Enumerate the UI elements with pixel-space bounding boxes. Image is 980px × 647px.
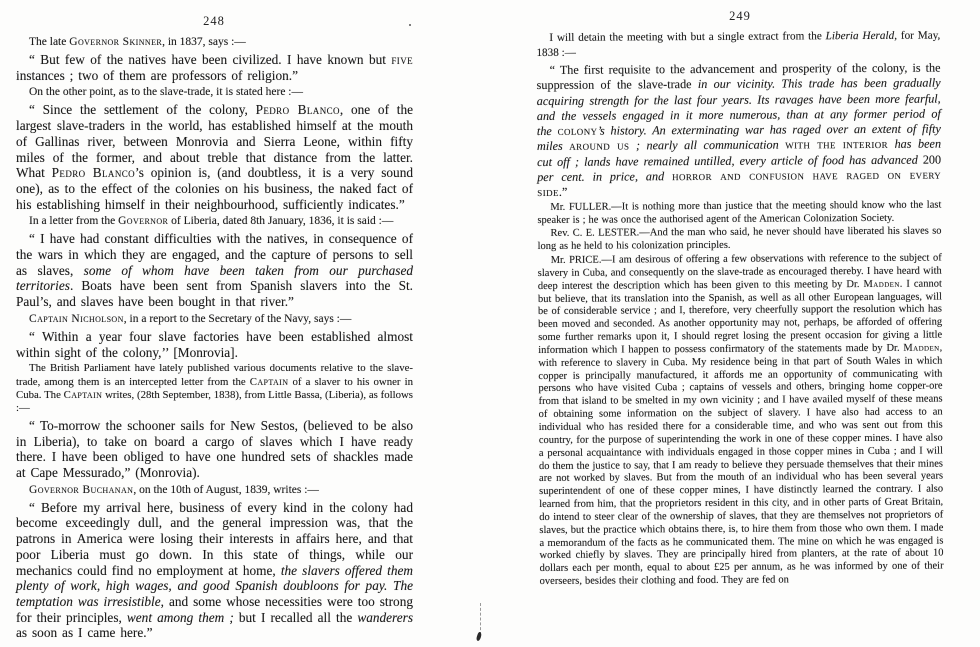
page-248: 248 The late Governor Skinner, in 1837, … xyxy=(0,0,478,647)
scan-speck xyxy=(409,24,411,26)
paragraph: “ But few of the natives have been civil… xyxy=(16,52,413,83)
paragraph: Mr. PRICE.—I am desirous of offering a f… xyxy=(538,253,944,589)
paragraph: “ Before my arrival here, business of ev… xyxy=(16,500,413,641)
paragraph: “ The first requisite to the advancement… xyxy=(536,61,941,201)
page-left-text-block: The late Governor Skinner, in 1837, says… xyxy=(16,33,413,641)
paragraph: Rev. C. E. LESTER.—And the man who said,… xyxy=(538,226,942,254)
book-spread: 248 The late Governor Skinner, in 1837, … xyxy=(0,0,980,647)
gutter-fold-mark xyxy=(480,603,482,635)
page-number-right: 249 xyxy=(538,9,942,24)
paragraph: The late Governor Skinner, in 1837, says… xyxy=(16,35,413,50)
paragraph: The British Parliament have lately publi… xyxy=(16,362,413,416)
page-249: 249 I will detain the meeting with but a… xyxy=(478,0,980,647)
paragraph: I will detain the meeting with but a sin… xyxy=(536,29,940,61)
paragraph: “ To-morrow the schooner sails for New S… xyxy=(16,418,413,481)
paragraph: In a letter from the Governor of Liberia… xyxy=(16,214,413,229)
paragraph: “ Since the settlement of the colony, Pe… xyxy=(16,102,413,212)
page-right-text-block: I will detain the meeting with but a sin… xyxy=(536,27,943,589)
paragraph: “ I have had constant difficulties with … xyxy=(16,231,413,310)
paragraph: Governor Buchanan, on the 10th of August… xyxy=(16,483,413,498)
paragraph: Mr. FULLER.—It is nothing more than just… xyxy=(537,199,941,227)
page-number-left: 248 xyxy=(16,14,412,29)
paragraph: “ Within a year four slave factories hav… xyxy=(16,329,413,360)
paragraph: On the other point, as to the slave-trad… xyxy=(16,85,413,100)
paragraph: Captain Nicholson, in a report to the Se… xyxy=(16,312,413,327)
